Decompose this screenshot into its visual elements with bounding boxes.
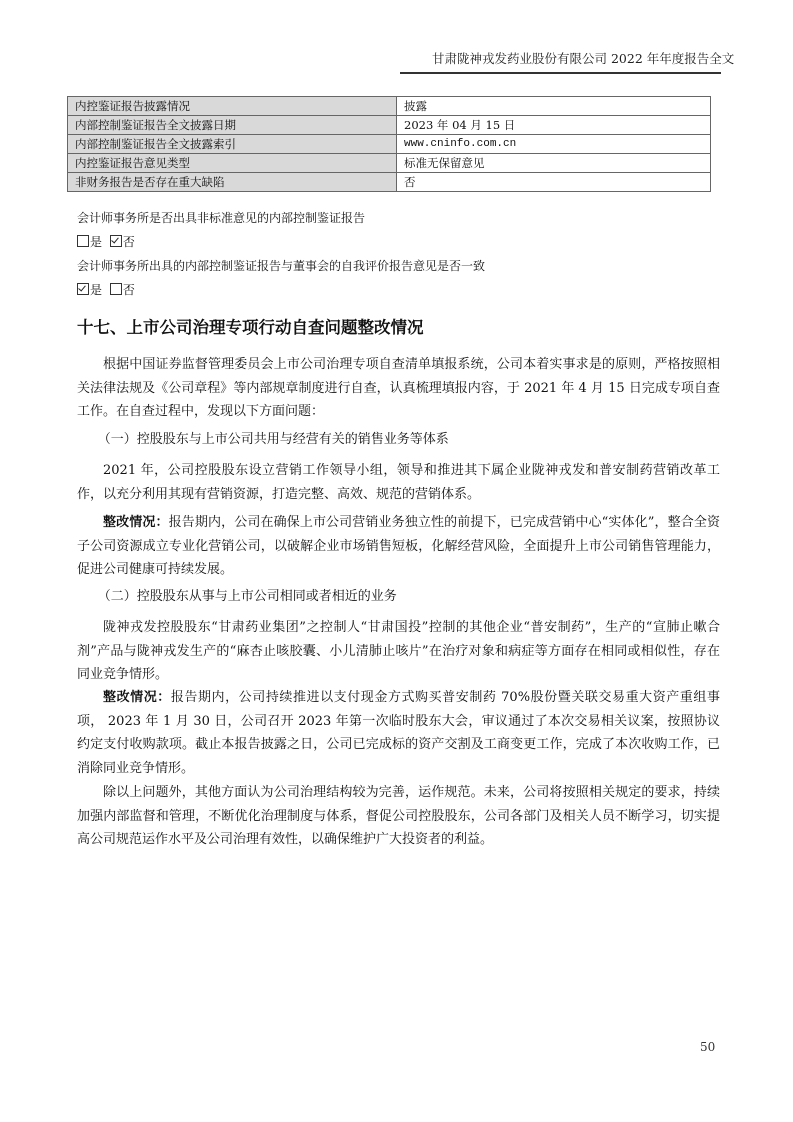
rectification-label: 整改情况： <box>103 690 171 705</box>
issue-1-heading: （一）控股股东与上市公司共用与经营有关的销售业务等体系 <box>77 430 449 450</box>
table-row-label: 内控鉴证报告披露情况 <box>68 97 397 116</box>
issue-1-rectification: 整改情况：报告期内，公司在确保上市公司营销业务独立性的前提下，已完成营销中心“实… <box>77 511 720 582</box>
checkbox-yes-unchecked <box>77 235 89 247</box>
internal-control-audit-table: 内控鉴证报告披露情况 披露 内部控制鉴证报告全文披露日期 2023 年 04 月… <box>67 96 711 192</box>
issue-2-description: 陇神戎发控股股东“甘肃药业集团”之控制人“甘肃国投”控制的其他企业“普安制药”，… <box>77 616 720 687</box>
question-opinion-consistency-options: 是 否 <box>77 281 135 299</box>
table-row-value: 披露 <box>397 97 711 116</box>
table-row-value: 2023 年 04 月 15 日 <box>397 116 711 135</box>
header-divider <box>400 72 721 74</box>
rectification-label: 整改情况： <box>103 515 169 530</box>
page-header-title: 甘肃陇神戎发药业股份有限公司 2022 年年度报告全文 <box>432 50 720 68</box>
table-row: 内部控制鉴证报告全文披露日期 2023 年 04 月 15 日 <box>68 116 711 135</box>
table-row-value: www.cninfo.com.cn <box>397 135 711 154</box>
question-non-standard-opinion-options: 是 否 <box>77 233 135 251</box>
page-number: 50 <box>700 1040 715 1054</box>
option-no-label: 否 <box>123 283 135 297</box>
issue-2-heading: （二）控股股东从事与上市公司相同或者相近的业务 <box>77 587 397 607</box>
conclusion-paragraph: 除以上问题外，其他方面认为公司治理结构较为完善，运作规范。未来，公司将按照相关规… <box>77 781 720 852</box>
option-no-label: 否 <box>123 235 135 249</box>
rectification-text: 报告期内，公司在确保上市公司营销业务独立性的前提下，已完成营销中心“实体化”，整… <box>77 515 720 577</box>
table-row-label: 内控鉴证报告意见类型 <box>68 154 397 173</box>
table-row-value: 否 <box>397 173 711 192</box>
table-row-label: 内部控制鉴证报告全文披露日期 <box>68 116 397 135</box>
checkbox-no-checked <box>110 235 122 247</box>
table-row-label: 内部控制鉴证报告全文披露索引 <box>68 135 397 154</box>
option-yes-label: 是 <box>90 235 102 249</box>
issue-1-description: 2021 年，公司控股股东设立营销工作领导小组，领导和推进其下属企业陇神戎发和普… <box>77 459 720 506</box>
issue-2-rectification: 整改情况：报告期内，公司持续推进以支付现金方式购买普安制药 70%股份暨关联交易… <box>77 686 720 780</box>
checkbox-yes-checked <box>77 283 89 295</box>
question-non-standard-opinion: 会计师事务所是否出具非标准意见的内部控制鉴证报告 <box>77 209 365 227</box>
checkbox-no-unchecked <box>110 283 122 295</box>
table-row: 非财务报告是否存在重大缺陷 否 <box>68 173 711 192</box>
intro-paragraph: 根据中国证券监督管理委员会上市公司治理专项自查清单填报系统，公司本着实事求是的原… <box>77 353 720 424</box>
option-yes-label: 是 <box>90 283 102 297</box>
rectification-text: 报告期内，公司持续推进以支付现金方式购买普安制药 70%股份暨关联交易重大资产重… <box>77 690 720 776</box>
table-row: 内控鉴证报告意见类型 标准无保留意见 <box>68 154 711 173</box>
section-heading: 十七、上市公司治理专项行动自查问题整改情况 <box>77 317 424 339</box>
table-row: 内部控制鉴证报告全文披露索引 www.cninfo.com.cn <box>68 135 711 154</box>
table-row: 内控鉴证报告披露情况 披露 <box>68 97 711 116</box>
table-row-value: 标准无保留意见 <box>397 154 711 173</box>
question-opinion-consistency: 会计师事务所出具的内部控制鉴证报告与董事会的自我评价报告意见是否一致 <box>77 257 485 275</box>
table-row-label: 非财务报告是否存在重大缺陷 <box>68 173 397 192</box>
